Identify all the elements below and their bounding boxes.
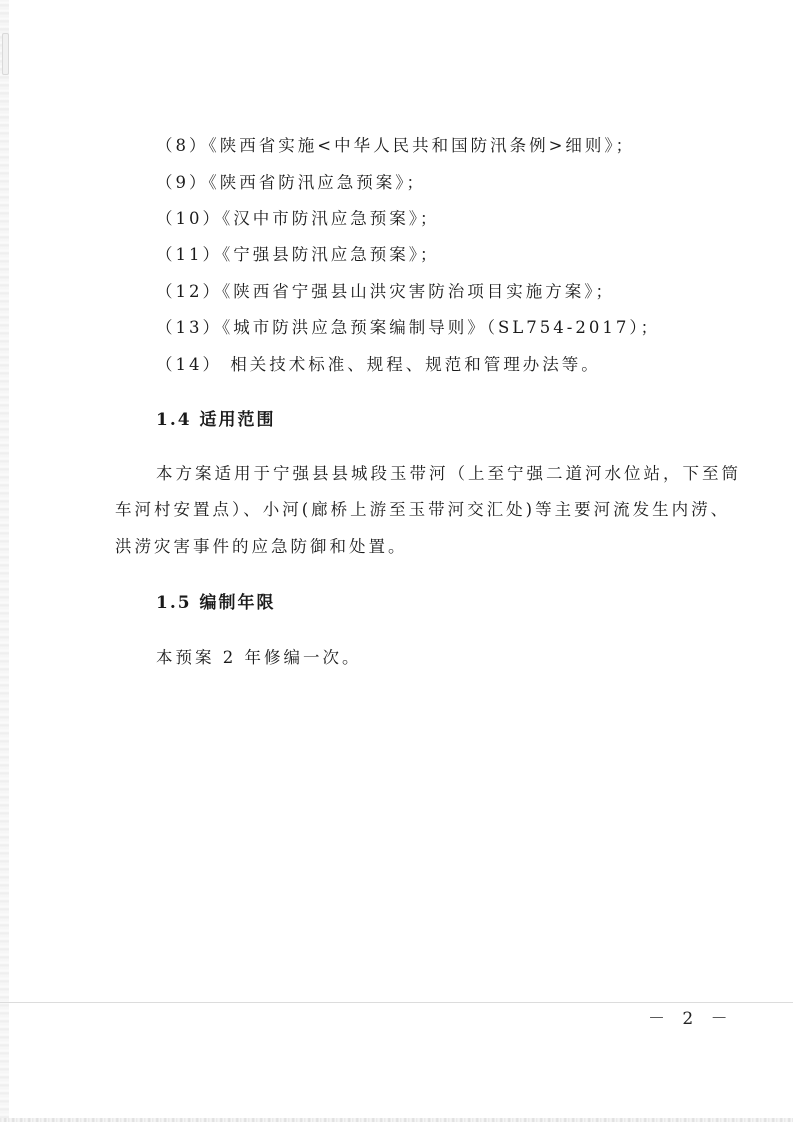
reference-text: 《宁强县防汛应急预案》； bbox=[222, 245, 440, 264]
reference-number: （11） bbox=[156, 245, 222, 264]
reference-item: （11）《宁强县防汛应急预案》； bbox=[156, 244, 440, 266]
reference-item: （13）《城市防洪应急预案编制导则》（SL754-2017）； bbox=[156, 317, 660, 339]
reference-number: （14） bbox=[156, 355, 222, 374]
reference-number: （9） bbox=[156, 173, 209, 192]
reference-item: （14） 相关技术标准、规程、规范和管理办法等。 bbox=[156, 354, 601, 376]
reference-text: 《城市防洪应急预案编制导则》（SL754-2017）； bbox=[222, 318, 660, 337]
section-heading-scope: 1.4 适用范围 bbox=[156, 409, 276, 431]
reference-item: （10）《汉中市防汛应急预案》； bbox=[156, 208, 440, 230]
section-heading-revision: 1.5 编制年限 bbox=[156, 592, 276, 614]
reference-number: （10） bbox=[156, 209, 222, 228]
scan-edge bbox=[0, 0, 9, 1122]
reference-text: 《陕西省实施<中华人民共和国防汛条例>细则》； bbox=[209, 136, 636, 155]
scan-edge-bottom bbox=[0, 1118, 793, 1122]
page-number: － 2 － bbox=[648, 1004, 734, 1029]
reference-text: 相关技术标准、规程、规范和管理办法等。 bbox=[222, 355, 601, 374]
reference-number: （8） bbox=[156, 136, 209, 155]
binding-mark bbox=[2, 33, 9, 75]
paragraph-line: 本方案适用于宁强县县城段玉带河（上至宁强二道河水位站，下至筒 bbox=[156, 463, 741, 485]
reference-text: 《汉中市防汛应急预案》； bbox=[222, 209, 440, 228]
footer-divider bbox=[0, 1002, 793, 1003]
paragraph-line: 车河村安置点）、小河(廊桥上游至玉带河交汇处)等主要河流发生内涝、 bbox=[115, 499, 730, 521]
paragraph-line: 本预案 2 年修编一次。 bbox=[156, 647, 362, 669]
reference-text: 《陕西省宁强县山洪灾害防治项目实施方案》； bbox=[222, 282, 615, 301]
reference-number: （13） bbox=[156, 318, 222, 337]
reference-number: （12） bbox=[156, 282, 222, 301]
paragraph-line: 洪涝灾害事件的应急防御和处置。 bbox=[115, 536, 408, 558]
reference-item: （9）《陕西省防汛应急预案》； bbox=[156, 172, 426, 194]
reference-text: 《陕西省防汛应急预案》； bbox=[209, 173, 427, 192]
reference-item: （12）《陕西省宁强县山洪灾害防治项目实施方案》； bbox=[156, 281, 615, 303]
reference-item: （8）《陕西省实施<中华人民共和国防汛条例>细则》； bbox=[156, 135, 635, 157]
